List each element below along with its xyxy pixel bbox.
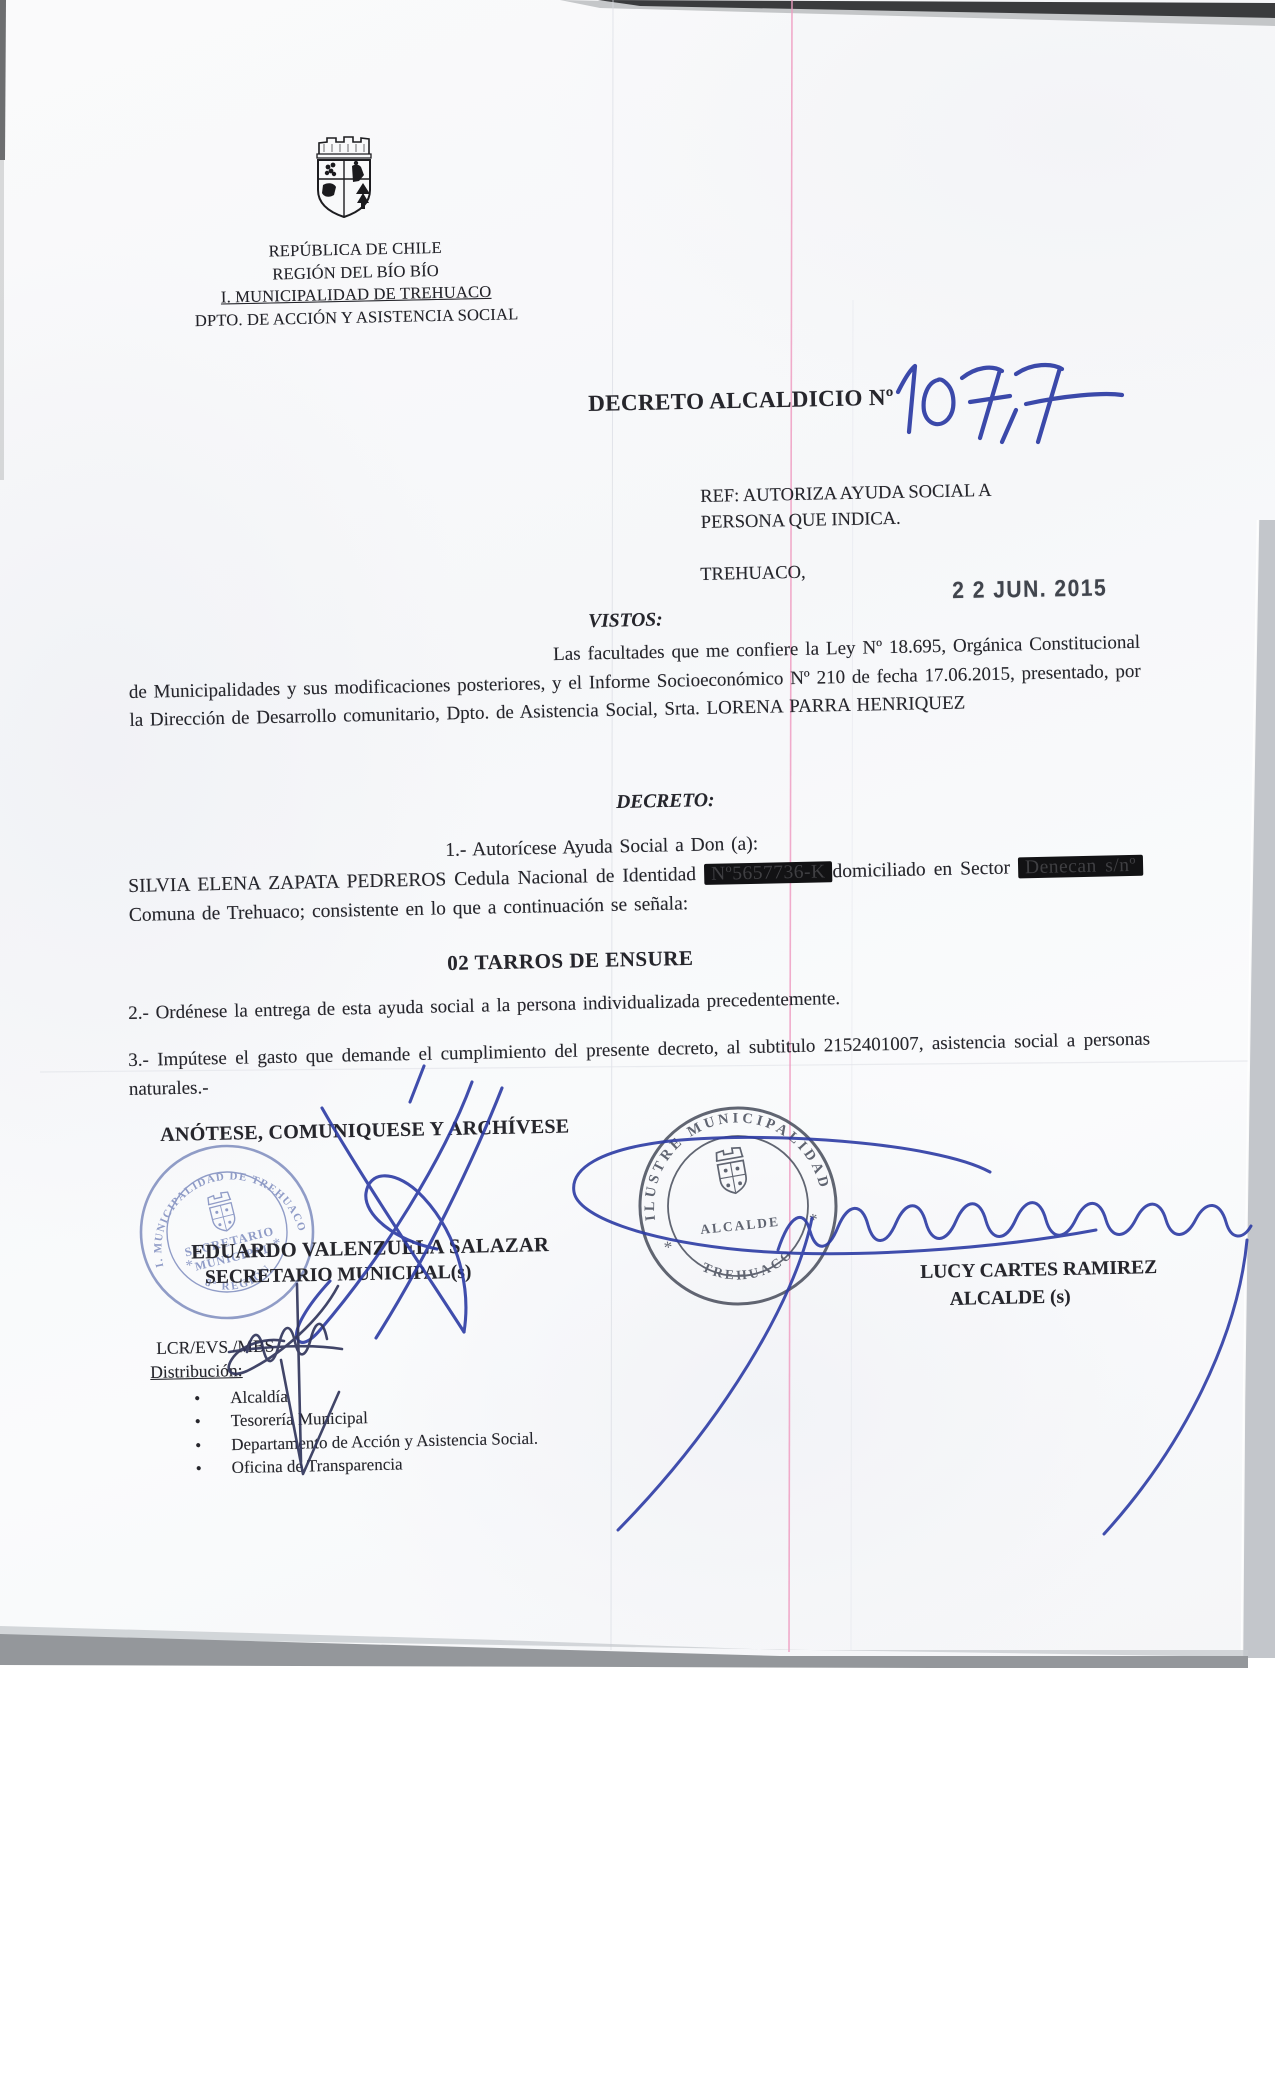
secretary-pen-signature (229, 1284, 342, 1474)
scanned-decree-document: REPÚBLICA DE CHILE REGIÓN DEL BÍO BÍO I.… (0, 0, 1275, 2100)
signatures-ink-overlay (0, 0, 1275, 1668)
scanner-background (0, 1668, 1275, 2100)
mayor-signature (574, 1137, 1251, 1534)
